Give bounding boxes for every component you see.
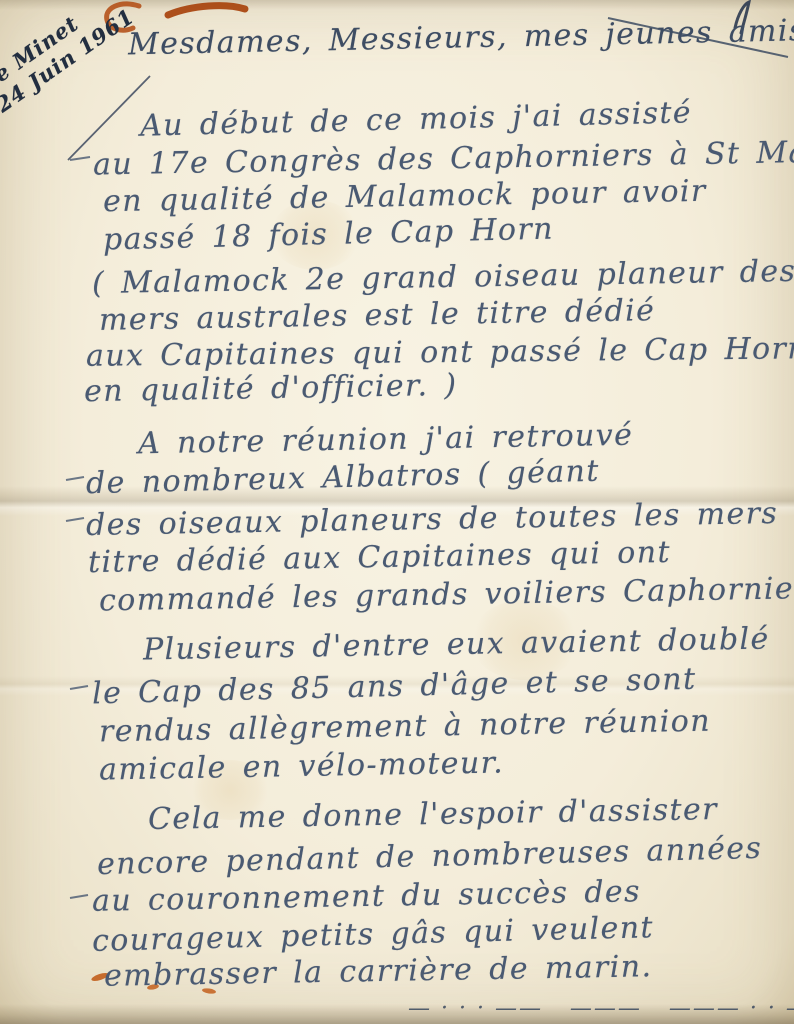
entry-dash [70, 895, 88, 898]
letter-line: passé 18 fois le Cap Horn [103, 211, 555, 257]
entry-dash [70, 686, 88, 689]
salutation: Mesdames, Messieurs, mes jeunes amis ! [128, 13, 794, 63]
letter-page: Le Minet 24 Juin 1961 Mesdames, Messieur… [0, 0, 794, 1024]
entry-dash [66, 477, 84, 480]
letter-line: en qualité d'officier. ) [84, 368, 458, 410]
letter-line: le Cap des 85 ans d'âge et se sont [92, 662, 697, 712]
date-annotation: Le Minet 24 Juin 1961 [0, 0, 139, 118]
entry-dash [66, 518, 84, 521]
letter-line: Au début de ce mois j'ai assisté [140, 95, 693, 143]
letter-line: titre dédié aux Capitaines qui ont [88, 535, 671, 580]
letter-line: Cela me donne l'espoir d'assister [148, 792, 718, 837]
letter-line: des oiseaux planeurs de toutes les mers [86, 496, 779, 543]
letter-line: mers australes est le titre dédié [99, 293, 656, 338]
letter-line: Plusieurs d'entre eux avaient doublé [143, 622, 770, 668]
letter-line: ( Malamock 2e grand oiseau planeur des [92, 254, 794, 301]
rust-mark-dash [168, 6, 245, 15]
letter-line: encore pendant de nombreuses années [97, 831, 763, 882]
cutoff-fragment: — · · · —— , ——— , ——— · · — — ——— [408, 996, 794, 1011]
letter-line: amicale en vélo-moteur. [99, 745, 505, 787]
entry-dash [70, 157, 90, 160]
letter-line: rendus allègrement à notre réunion [99, 704, 711, 750]
